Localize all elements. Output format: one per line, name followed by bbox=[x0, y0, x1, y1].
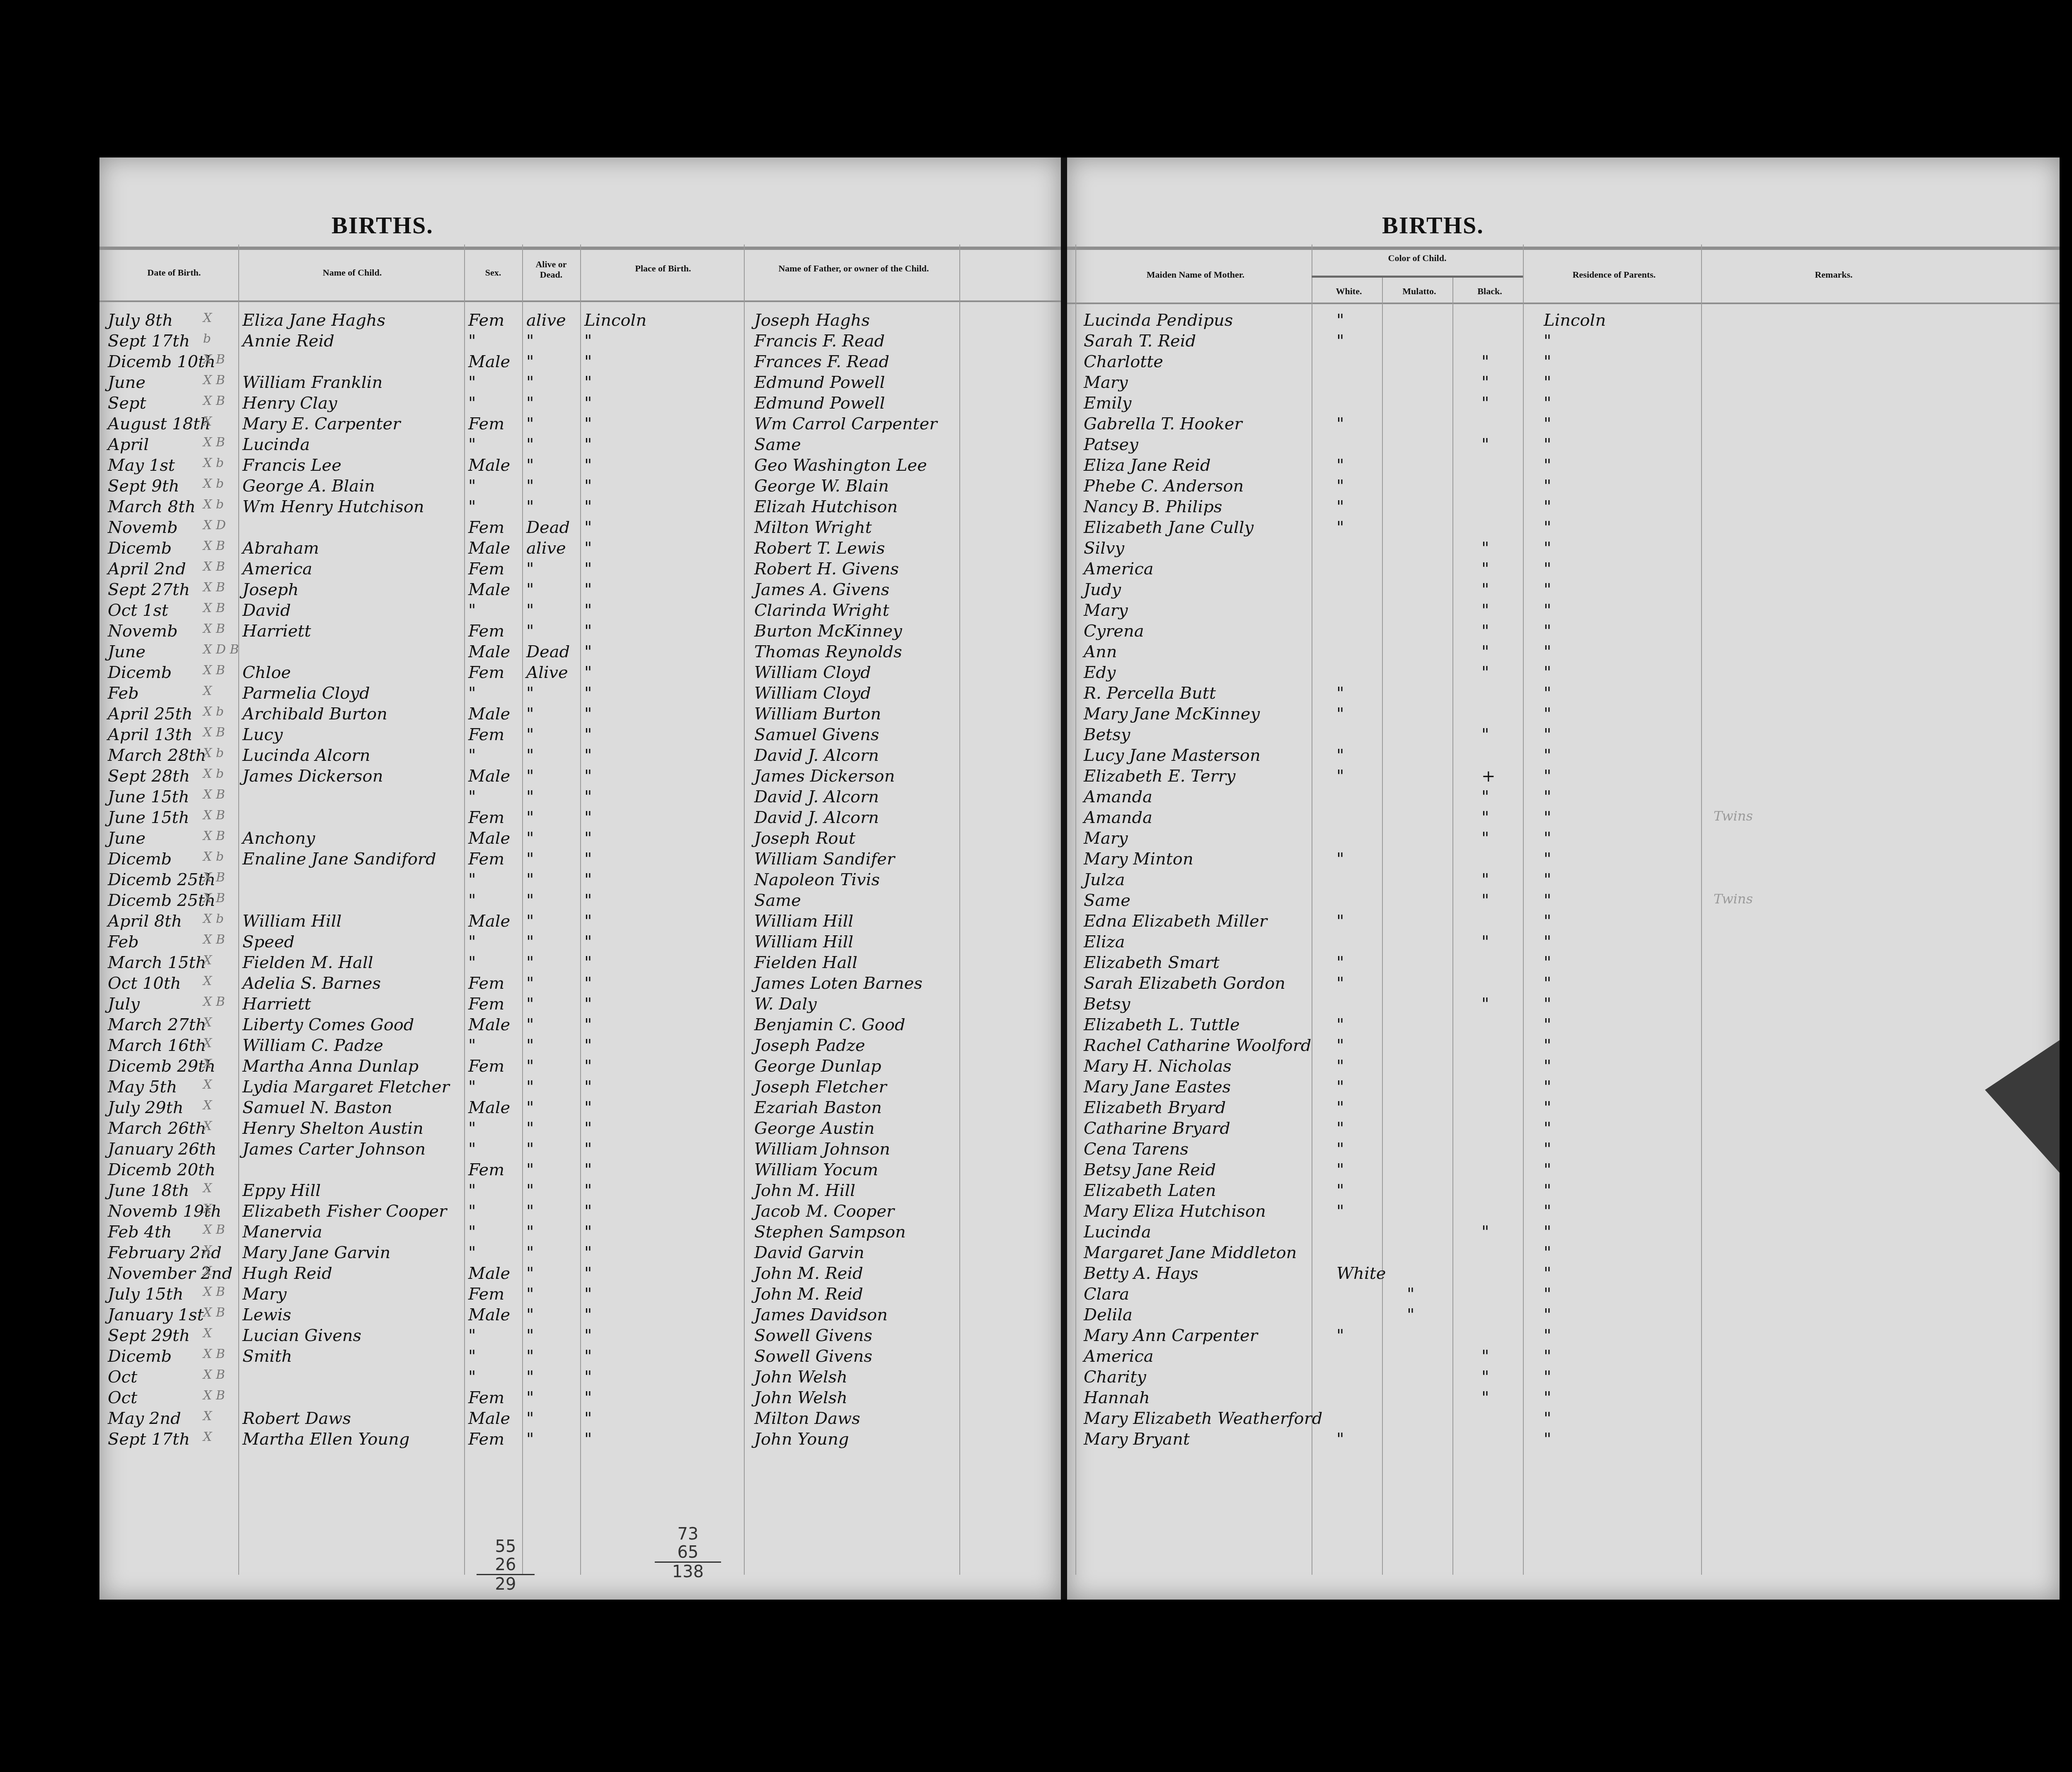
register-row: Amanda"" bbox=[1067, 787, 2060, 808]
birth-date: Dicemb 25th bbox=[108, 891, 215, 910]
residence-of-parents: " bbox=[1544, 1368, 1551, 1387]
sex: Male bbox=[468, 456, 510, 475]
alive-or-dead: " bbox=[526, 456, 534, 475]
alive-or-dead: " bbox=[526, 767, 534, 786]
register-row: DicembX BAbrahamMalealive"Robert T. Lewi… bbox=[99, 539, 1061, 559]
register-row: Mary Ann Carpenter"" bbox=[1067, 1326, 2060, 1347]
mother-maiden-name: Betsy bbox=[1084, 995, 1130, 1014]
alive-or-dead: " bbox=[526, 559, 534, 579]
mother-maiden-name: Cena Tarens bbox=[1084, 1140, 1188, 1159]
sex: Male bbox=[468, 580, 510, 599]
color-white: " bbox=[1336, 1140, 1344, 1159]
register-row: May 2ndXRobert DawsMale""Milton Daws bbox=[99, 1409, 1061, 1430]
mother-maiden-name: Silvy bbox=[1084, 539, 1124, 558]
register-row: Julza"" bbox=[1067, 870, 2060, 891]
father-name: David J. Alcorn bbox=[754, 746, 879, 765]
sex: " bbox=[468, 1140, 476, 1159]
alive-or-dead: " bbox=[526, 1160, 534, 1179]
register-row: Edy"" bbox=[1067, 663, 2060, 684]
mother-maiden-name: Patsey bbox=[1084, 435, 1138, 454]
alive-or-dead: " bbox=[526, 1181, 534, 1200]
place-of-birth: " bbox=[584, 1119, 592, 1138]
child-name: Parmelia Cloyd bbox=[242, 684, 370, 703]
column-header-mulatto: Mulatto. bbox=[1386, 286, 1452, 296]
place-of-birth: " bbox=[584, 974, 592, 993]
mother-maiden-name: Mary Minton bbox=[1084, 850, 1193, 869]
register-row: Lucy Jane Masterson"" bbox=[1067, 746, 2060, 767]
sex: Fem bbox=[468, 1160, 504, 1179]
mother-maiden-name: Amanda bbox=[1084, 808, 1152, 827]
child-name: Eliza Jane Haghs bbox=[242, 311, 385, 330]
father-name: James Dickerson bbox=[754, 767, 895, 786]
place-of-birth: " bbox=[584, 1305, 592, 1324]
alive-or-dead: Alive bbox=[526, 663, 568, 682]
child-name: Liberty Comes Good bbox=[242, 1015, 414, 1034]
residence-of-parents: " bbox=[1544, 1305, 1551, 1324]
book-spine bbox=[1061, 157, 1067, 1600]
mother-maiden-name: Nancy B. Philips bbox=[1084, 497, 1222, 516]
mother-maiden-name: America bbox=[1084, 559, 1154, 579]
alive-or-dead: " bbox=[526, 1119, 534, 1138]
color-white: " bbox=[1336, 850, 1344, 869]
sex: Male bbox=[468, 912, 510, 931]
mother-maiden-name: Betsy bbox=[1084, 725, 1130, 744]
mother-maiden-name: Betsy Jane Reid bbox=[1084, 1160, 1216, 1179]
margin-mark: X b bbox=[203, 767, 224, 781]
father-name: William Cloyd bbox=[754, 684, 871, 703]
color-black: " bbox=[1481, 1388, 1489, 1407]
birth-date: August 18th bbox=[108, 414, 211, 433]
mother-maiden-name: Lucy Jane Masterson bbox=[1084, 746, 1261, 765]
birth-date: March 26th bbox=[108, 1119, 206, 1138]
register-row: Sept 9thX bGeorge A. Blain"""George W. B… bbox=[99, 477, 1061, 497]
sex: Fem bbox=[468, 518, 504, 537]
register-row: Ann"" bbox=[1067, 642, 2060, 663]
child-name: Lucian Givens bbox=[242, 1326, 361, 1345]
register-row: Dicemb 25thX B"""Napoleon Tivis bbox=[99, 870, 1061, 891]
sex: " bbox=[468, 932, 476, 951]
residence-of-parents: " bbox=[1544, 974, 1551, 993]
child-name: Lucinda Alcorn bbox=[242, 746, 370, 765]
place-of-birth: " bbox=[584, 559, 592, 579]
place-of-birth: " bbox=[584, 435, 592, 454]
alive-or-dead: " bbox=[526, 1388, 534, 1407]
mother-maiden-name: Mary H. Nicholas bbox=[1084, 1057, 1232, 1076]
alive-or-dead: " bbox=[526, 332, 534, 351]
mother-maiden-name: Same bbox=[1084, 891, 1130, 910]
margin-mark: X bbox=[203, 1057, 212, 1071]
place-of-birth: " bbox=[584, 1264, 592, 1283]
mother-maiden-name: Elizabeth Laten bbox=[1084, 1181, 1216, 1200]
register-row: Mary Elizabeth Weatherford" bbox=[1067, 1409, 2060, 1430]
alive-or-dead: alive bbox=[526, 539, 566, 558]
sex: " bbox=[468, 1222, 476, 1242]
color-black: " bbox=[1481, 580, 1489, 599]
register-row: Margaret Jane Middleton" bbox=[1067, 1243, 2060, 1264]
alive-or-dead: " bbox=[526, 912, 534, 931]
color-white: " bbox=[1336, 704, 1344, 724]
mother-maiden-name: Charlotte bbox=[1084, 352, 1163, 371]
birth-date: Dicemb 10th bbox=[108, 352, 215, 371]
sex: Male bbox=[468, 1409, 510, 1428]
birth-date: Dicemb bbox=[108, 1347, 172, 1366]
mother-maiden-name: Mary bbox=[1084, 829, 1128, 848]
sex: Male bbox=[468, 1015, 510, 1034]
register-row: Mary Minton"" bbox=[1067, 850, 2060, 870]
place-of-birth: " bbox=[584, 870, 592, 889]
register-row: July 29thXSamuel N. BastonMale""Ezariah … bbox=[99, 1098, 1061, 1119]
register-row: Elizabeth Jane Cully"" bbox=[1067, 518, 2060, 539]
register-row: Elizabeth Bryard"" bbox=[1067, 1098, 2060, 1119]
register-row: March 16thXWilliam C. Padze"""Joseph Pad… bbox=[99, 1036, 1061, 1057]
birth-date: May 1st bbox=[108, 456, 175, 475]
father-name: William Hill bbox=[754, 912, 853, 931]
alive-or-dead: " bbox=[526, 1202, 534, 1221]
color-mulatto: " bbox=[1407, 1285, 1414, 1304]
child-name: Harriett bbox=[242, 995, 311, 1014]
residence-of-parents: " bbox=[1544, 684, 1551, 703]
tally-right: 73 65 138 bbox=[655, 1525, 721, 1581]
mother-maiden-name: Emily bbox=[1084, 394, 1131, 413]
place-of-birth: " bbox=[584, 953, 592, 972]
father-name: Frances F. Read bbox=[754, 352, 889, 371]
tally-value: 65 bbox=[655, 1543, 721, 1561]
birth-date: June 18th bbox=[108, 1181, 189, 1200]
residence-of-parents: " bbox=[1544, 518, 1551, 537]
alive-or-dead: " bbox=[526, 1036, 534, 1055]
residence-of-parents: " bbox=[1544, 870, 1551, 889]
place-of-birth: " bbox=[584, 477, 592, 496]
alive-or-dead: " bbox=[526, 725, 534, 744]
residence-of-parents: " bbox=[1544, 414, 1551, 433]
column-header-child-name: Name of Child. bbox=[298, 267, 406, 278]
register-row: March 27thXLiberty Comes GoodMale""Benja… bbox=[99, 1015, 1061, 1036]
margin-mark: X bbox=[203, 1202, 212, 1216]
residence-of-parents: " bbox=[1544, 642, 1551, 661]
register-row: DicembX bEnaline Jane SandifordFem""Will… bbox=[99, 850, 1061, 870]
place-of-birth: " bbox=[584, 1430, 592, 1449]
register-row: Mary"" bbox=[1067, 373, 2060, 394]
margin-mark: X B bbox=[203, 352, 225, 367]
register-row: Judy"" bbox=[1067, 580, 2060, 601]
residence-of-parents: " bbox=[1544, 1140, 1551, 1159]
alive-or-dead: " bbox=[526, 995, 534, 1014]
residence-of-parents: Lincoln bbox=[1544, 311, 1606, 330]
register-row: Edna Elizabeth Miller"" bbox=[1067, 912, 2060, 932]
mother-maiden-name: Eliza Jane Reid bbox=[1084, 456, 1211, 475]
sex: " bbox=[468, 1243, 476, 1262]
alive-or-dead: " bbox=[526, 1285, 534, 1304]
sex: " bbox=[468, 332, 476, 351]
register-row: Rachel Catharine Woolford"" bbox=[1067, 1036, 2060, 1057]
alive-or-dead: " bbox=[526, 497, 534, 516]
father-name: Same bbox=[754, 435, 801, 454]
birth-date: November 2nd bbox=[108, 1264, 232, 1283]
register-row: DicembX BChloeFemAlive"William Cloyd bbox=[99, 663, 1061, 684]
residence-of-parents: " bbox=[1544, 663, 1551, 682]
register-row: July 8thXEliza Jane HaghsFemaliveLincoln… bbox=[99, 311, 1061, 332]
child-name: Abraham bbox=[242, 539, 319, 558]
remark: Twins bbox=[1714, 808, 1753, 824]
place-of-birth: " bbox=[584, 1057, 592, 1076]
margin-mark: X b bbox=[203, 704, 224, 719]
residence-of-parents: " bbox=[1544, 808, 1551, 827]
mother-maiden-name: Edy bbox=[1084, 663, 1116, 682]
register-row: Hannah"" bbox=[1067, 1388, 2060, 1409]
father-name: John M. Reid bbox=[754, 1264, 863, 1283]
alive-or-dead: " bbox=[526, 808, 534, 827]
birth-date: Dicemb 20th bbox=[108, 1160, 215, 1179]
register-row: May 1stX bFrancis LeeMale""Geo Washingto… bbox=[99, 456, 1061, 477]
margin-mark: X bbox=[203, 684, 212, 698]
mother-maiden-name: Delila bbox=[1084, 1305, 1133, 1324]
child-name: Speed bbox=[242, 932, 295, 951]
register-row: Betsy"" bbox=[1067, 725, 2060, 746]
margin-mark: X B bbox=[203, 995, 225, 1009]
sex: Fem bbox=[468, 725, 504, 744]
birth-date: March 27th bbox=[108, 1015, 206, 1034]
father-name: Benjamin C. Good bbox=[754, 1015, 905, 1034]
residence-of-parents: " bbox=[1544, 1160, 1551, 1179]
child-name: Annie Reid bbox=[242, 332, 334, 351]
color-black: " bbox=[1481, 663, 1489, 682]
alive-or-dead: " bbox=[526, 850, 534, 869]
register-row: Phebe C. Anderson"" bbox=[1067, 477, 2060, 497]
register-row: Oct 1stX BDavid"""Clarinda Wright bbox=[99, 601, 1061, 622]
birth-date: Oct bbox=[108, 1368, 137, 1387]
margin-mark: X b bbox=[203, 912, 224, 926]
register-row: March 28thX bLucinda Alcorn"""David J. A… bbox=[99, 746, 1061, 767]
color-white: " bbox=[1336, 1430, 1344, 1449]
birth-date: April bbox=[108, 435, 149, 454]
alive-or-dead: " bbox=[526, 953, 534, 972]
residence-of-parents: " bbox=[1544, 1285, 1551, 1304]
mother-maiden-name: Mary Bryant bbox=[1084, 1430, 1190, 1449]
margin-mark: X b bbox=[203, 850, 224, 864]
register-row: Cena Tarens"" bbox=[1067, 1140, 2060, 1160]
birth-date: April 2nd bbox=[108, 559, 186, 579]
sex: " bbox=[468, 870, 476, 889]
margin-mark: X B bbox=[203, 601, 225, 615]
register-row: Betsy Jane Reid"" bbox=[1067, 1160, 2060, 1181]
mother-maiden-name: R. Percella Butt bbox=[1084, 684, 1216, 703]
register-row: Eliza Jane Reid"" bbox=[1067, 456, 2060, 477]
register-row: Sept 17thbAnnie Reid"""Francis F. Read bbox=[99, 332, 1061, 352]
margin-mark: X D B bbox=[203, 642, 239, 657]
register-row: Sarah T. Reid"" bbox=[1067, 332, 2060, 352]
register-row: FebXParmelia Cloyd"""William Cloyd bbox=[99, 684, 1061, 704]
color-black: " bbox=[1481, 622, 1489, 641]
residence-of-parents: " bbox=[1544, 1057, 1551, 1076]
alive-or-dead: " bbox=[526, 1430, 534, 1449]
sex: Male bbox=[468, 1098, 510, 1117]
place-of-birth: " bbox=[584, 373, 592, 392]
color-white: " bbox=[1336, 974, 1344, 993]
birth-date: March 16th bbox=[108, 1036, 206, 1055]
child-name: Henry Clay bbox=[242, 394, 337, 413]
mother-maiden-name: Margaret Jane Middleton bbox=[1084, 1243, 1297, 1262]
color-black: " bbox=[1481, 1222, 1489, 1242]
register-row: FebX BSpeed"""William Hill bbox=[99, 932, 1061, 953]
margin-mark: X bbox=[203, 1430, 212, 1444]
father-name: Samuel Givens bbox=[754, 725, 879, 744]
alive-or-dead: " bbox=[526, 373, 534, 392]
register-row: Delila"" bbox=[1067, 1305, 2060, 1326]
birth-date: Feb bbox=[108, 932, 139, 951]
residence-of-parents: " bbox=[1544, 1264, 1551, 1283]
father-name: William Johnson bbox=[754, 1140, 890, 1159]
sex: " bbox=[468, 953, 476, 972]
sex: " bbox=[468, 394, 476, 413]
column-header-black: Black. bbox=[1457, 286, 1523, 296]
sex: Male bbox=[468, 1305, 510, 1324]
mother-maiden-name: Mary Jane McKinney bbox=[1084, 704, 1260, 724]
tally-value: 73 bbox=[655, 1525, 721, 1543]
mother-maiden-name: Mary Eliza Hutchison bbox=[1084, 1202, 1266, 1221]
register-row: January 26thJames Carter Johnson"""Willi… bbox=[99, 1140, 1061, 1160]
child-name: Chloe bbox=[242, 663, 291, 682]
margin-mark: X bbox=[203, 1119, 212, 1133]
birth-date: Oct 1st bbox=[108, 601, 168, 620]
sex: Fem bbox=[468, 414, 504, 433]
place-of-birth: " bbox=[584, 1243, 592, 1262]
place-of-birth: " bbox=[584, 767, 592, 786]
register-row: OctX BFem""John Welsh bbox=[99, 1388, 1061, 1409]
register-row: Amanda""Twins bbox=[1067, 808, 2060, 829]
register-row: Cyrena"" bbox=[1067, 622, 2060, 642]
register-row: Eliza"" bbox=[1067, 932, 2060, 953]
margin-mark: X B bbox=[203, 1347, 225, 1361]
father-name: William Hill bbox=[754, 932, 853, 951]
tally-total: 138 bbox=[655, 1561, 721, 1581]
color-black: " bbox=[1481, 1368, 1489, 1387]
place-of-birth: " bbox=[584, 912, 592, 931]
father-name: William Cloyd bbox=[754, 663, 871, 682]
sex: Fem bbox=[468, 622, 504, 641]
mother-maiden-name: Sarah T. Reid bbox=[1084, 332, 1196, 351]
color-white: " bbox=[1336, 477, 1344, 496]
color-black: " bbox=[1481, 642, 1489, 661]
register-row: Dicemb 25thX B"""Same bbox=[99, 891, 1061, 912]
place-of-birth: Lincoln bbox=[584, 311, 646, 330]
child-name: Lucy bbox=[242, 725, 283, 744]
sex: " bbox=[468, 1119, 476, 1138]
mother-maiden-name: Cyrena bbox=[1084, 622, 1144, 641]
register-row: Lucinda"" bbox=[1067, 1222, 2060, 1243]
margin-mark: X bbox=[203, 1409, 212, 1423]
alive-or-dead: " bbox=[526, 414, 534, 433]
residence-of-parents: " bbox=[1544, 456, 1551, 475]
color-black: " bbox=[1481, 829, 1489, 848]
margin-mark: X B bbox=[203, 435, 225, 450]
alive-or-dead: " bbox=[526, 1077, 534, 1097]
sex: " bbox=[468, 787, 476, 806]
place-of-birth: " bbox=[584, 663, 592, 682]
birth-date: March 8th bbox=[108, 497, 196, 516]
father-name: Same bbox=[754, 891, 801, 910]
register-row: Oct 10thXAdelia S. BarnesFem""James Lote… bbox=[99, 974, 1061, 995]
place-of-birth: " bbox=[584, 622, 592, 641]
column-header-alive-dead: Alive or Dead. bbox=[526, 259, 576, 280]
register-row: Catharine Bryard"" bbox=[1067, 1119, 2060, 1140]
father-name: Robert T. Lewis bbox=[754, 539, 885, 558]
color-mulatto: " bbox=[1407, 1305, 1414, 1324]
alive-or-dead: " bbox=[526, 704, 534, 724]
birth-date: March 28th bbox=[108, 746, 206, 765]
margin-mark: X bbox=[203, 311, 212, 325]
child-name: Martha Ellen Young bbox=[242, 1430, 409, 1449]
color-white: " bbox=[1336, 912, 1344, 931]
register-row: Sarah Elizabeth Gordon"" bbox=[1067, 974, 2060, 995]
margin-mark: X B bbox=[203, 580, 225, 595]
place-of-birth: " bbox=[584, 1326, 592, 1345]
color-white: " bbox=[1336, 1119, 1344, 1138]
mother-maiden-name: Charity bbox=[1084, 1368, 1146, 1387]
father-name: Thomas Reynolds bbox=[754, 642, 902, 661]
alive-or-dead: Dead bbox=[526, 518, 570, 537]
margin-mark: X B bbox=[203, 725, 225, 740]
sex: Fem bbox=[468, 1388, 504, 1407]
mother-maiden-name: Elizabeth Smart bbox=[1084, 953, 1220, 972]
right-page: BIRTHS. Maiden Name of Mother. Color of … bbox=[1067, 157, 2060, 1600]
register-row: February 2ndXMary Jane Garvin"""David Ga… bbox=[99, 1243, 1061, 1264]
color-black: " bbox=[1481, 435, 1489, 454]
place-of-birth: " bbox=[584, 1202, 592, 1221]
birth-date: June bbox=[108, 373, 145, 392]
margin-mark: X b bbox=[203, 497, 224, 512]
father-name: Milton Wright bbox=[754, 518, 872, 537]
color-black: + bbox=[1481, 767, 1496, 786]
father-name: John Young bbox=[754, 1430, 849, 1449]
sex: " bbox=[468, 435, 476, 454]
child-name: William C. Padze bbox=[242, 1036, 383, 1055]
residence-of-parents: " bbox=[1544, 373, 1551, 392]
father-name: John Welsh bbox=[754, 1388, 847, 1407]
alive-or-dead: " bbox=[526, 1098, 534, 1117]
residence-of-parents: " bbox=[1544, 1181, 1551, 1200]
color-black: " bbox=[1481, 539, 1489, 558]
color-white: " bbox=[1336, 1057, 1344, 1076]
register-row: March 15thXFielden M. Hall"""Fielden Hal… bbox=[99, 953, 1061, 974]
register-row: Novemb 19thXElizabeth Fisher Cooper"""Ja… bbox=[99, 1202, 1061, 1222]
tally-value: 26 bbox=[477, 1556, 535, 1574]
register-row: Charlotte"" bbox=[1067, 352, 2060, 373]
birth-date: Novemb bbox=[108, 518, 178, 537]
column-header-color: Color of Child. bbox=[1316, 253, 1519, 263]
sex: " bbox=[468, 1036, 476, 1055]
birth-date: April 13th bbox=[108, 725, 193, 744]
register-row: Mary Jane McKinney"" bbox=[1067, 704, 2060, 725]
birth-date: Dicemb bbox=[108, 850, 172, 869]
child-name: Wm Henry Hutchison bbox=[242, 497, 424, 516]
margin-mark: X D bbox=[203, 518, 226, 533]
alive-or-dead: " bbox=[526, 1347, 534, 1366]
alive-or-dead: " bbox=[526, 787, 534, 806]
color-white: White bbox=[1336, 1264, 1386, 1283]
column-header-remarks: Remarks. bbox=[1751, 269, 1917, 280]
place-of-birth: " bbox=[584, 704, 592, 724]
register-row: Betty A. HaysWhite" bbox=[1067, 1264, 2060, 1285]
father-name: James Loten Barnes bbox=[754, 974, 922, 993]
register-row: November 2ndXHugh ReidMale""John M. Reid bbox=[99, 1264, 1061, 1285]
register-row: JuneX BAnchonyMale""Joseph Rout bbox=[99, 829, 1061, 850]
register-row: Sept 17thXMartha Ellen YoungFem""John Yo… bbox=[99, 1430, 1061, 1450]
place-of-birth: " bbox=[584, 1077, 592, 1097]
birth-date: June 15th bbox=[108, 787, 189, 806]
mother-maiden-name: Ann bbox=[1084, 642, 1117, 661]
place-of-birth: " bbox=[584, 497, 592, 516]
sex: Male bbox=[468, 704, 510, 724]
